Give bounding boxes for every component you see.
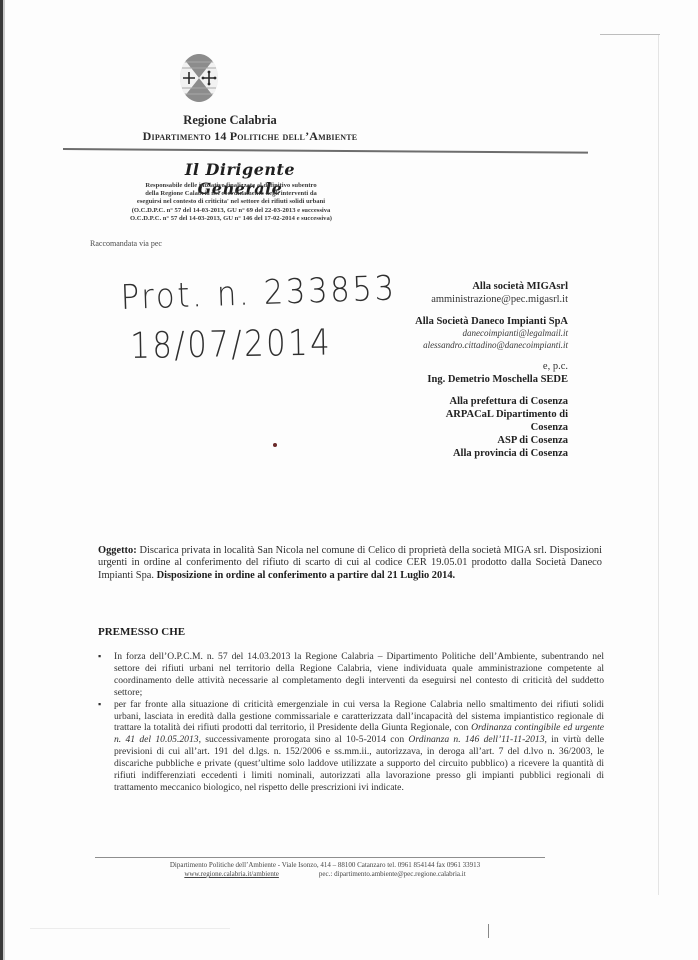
footer: Dipartimento Politiche dell’Ambiente - V… xyxy=(95,861,555,879)
header-divider xyxy=(63,148,588,153)
subject-label: Oggetto: xyxy=(98,545,137,556)
recipient-asp: ASP di Cosenza xyxy=(268,434,568,447)
cc-label: e, p.c. xyxy=(268,360,568,373)
scan-top-right-mark xyxy=(600,34,660,35)
premesso-list: ▪ In forza dell’O.P.C.M. n. 57 del 14.03… xyxy=(98,651,604,794)
scan-right-fold xyxy=(658,35,659,895)
dirigente-desc-line: eseguirsi nel contesto di criticita' nel… xyxy=(108,198,354,206)
scanned-letter-page: Regione Calabria Dipartimento 14 Politic… xyxy=(0,0,698,960)
scan-bottom-mark xyxy=(488,924,489,938)
footer-pec: pec.: dipartimento.ambiente@pec.regione.… xyxy=(319,870,466,879)
recipient-daneco-email-2: alessandro.cittadino@danecoimpianti.it xyxy=(268,340,568,352)
recipient-miga: Alla società MIGAsrl xyxy=(268,280,568,293)
subject-paragraph: Oggetto: Discarica privata in località S… xyxy=(98,545,602,582)
department-name: Dipartimento 14 Politiche dell’Ambiente xyxy=(40,129,460,144)
footer-website-link[interactable]: www.regione.calabria.it/ambiente xyxy=(184,870,279,879)
recipient-prefettura: Alla prefettura di Cosenza xyxy=(268,395,568,408)
footer-divider xyxy=(95,857,545,858)
recipient-arpacal: ARPACaL Dipartimento di xyxy=(268,408,568,421)
premesso-heading: PREMESSO CHE xyxy=(98,626,185,638)
recipient-miga-email: amministrazione@pec.migasrl.it xyxy=(268,293,568,306)
scan-ink-dot xyxy=(273,443,277,447)
premesso-item: ▪ In forza dell’O.P.C.M. n. 57 del 14.03… xyxy=(98,651,604,699)
recipient-daneco: Alla Società Daneco Impianti SpA xyxy=(268,315,568,328)
regione-calabria-crest-icon xyxy=(178,52,220,104)
premesso-item-text: , successivamente prorogata sino al 10-5… xyxy=(199,734,409,745)
scan-bottom-bleed xyxy=(30,928,230,929)
ordinanza-reference: Ordinanza n. 146 dell’11-11-2013 xyxy=(408,734,544,745)
premesso-item-text: In forza dell’O.P.C.M. n. 57 del 14.03.2… xyxy=(114,651,604,698)
recipients-block: Alla società MIGAsrl amministrazione@pec… xyxy=(268,280,568,460)
dirigente-desc-line: della Regione Calabria nel coordinamento… xyxy=(108,190,354,198)
dirigente-desc-line: (O.C.D.P.C. n° 57 del 14-03-2013, GU n° … xyxy=(108,207,354,215)
scan-left-shadow xyxy=(3,0,5,960)
bullet-icon: ▪ xyxy=(98,651,108,663)
recipient-arpacal-city: Cosenza xyxy=(268,421,568,434)
footer-address: Dipartimento Politiche dell’Ambiente - V… xyxy=(95,861,555,870)
dirigente-description: Responsabile delle iniziative finalizzat… xyxy=(108,182,354,223)
dirigente-desc-line: Responsabile delle iniziative finalizzat… xyxy=(108,182,354,190)
subject-bold-text: Disposizione in ordine al conferimento a… xyxy=(157,570,456,581)
region-name: Regione Calabria xyxy=(0,113,460,128)
dirigente-desc-line: O.C.D.P.C. n° 57 del 14-03-2013, GU n° 1… xyxy=(108,215,354,223)
bullet-icon: ▪ xyxy=(98,699,108,711)
delivery-method: Raccomandata via pec xyxy=(90,239,162,248)
premesso-item: ▪ per far fronte alla situazione di crit… xyxy=(98,699,604,794)
recipient-daneco-email: danecoimpianti@legalmail.it xyxy=(268,328,568,340)
recipient-provincia: Alla provincia di Cosenza xyxy=(268,447,568,460)
cc-recipient: Ing. Demetrio Moschella SEDE xyxy=(268,373,568,386)
